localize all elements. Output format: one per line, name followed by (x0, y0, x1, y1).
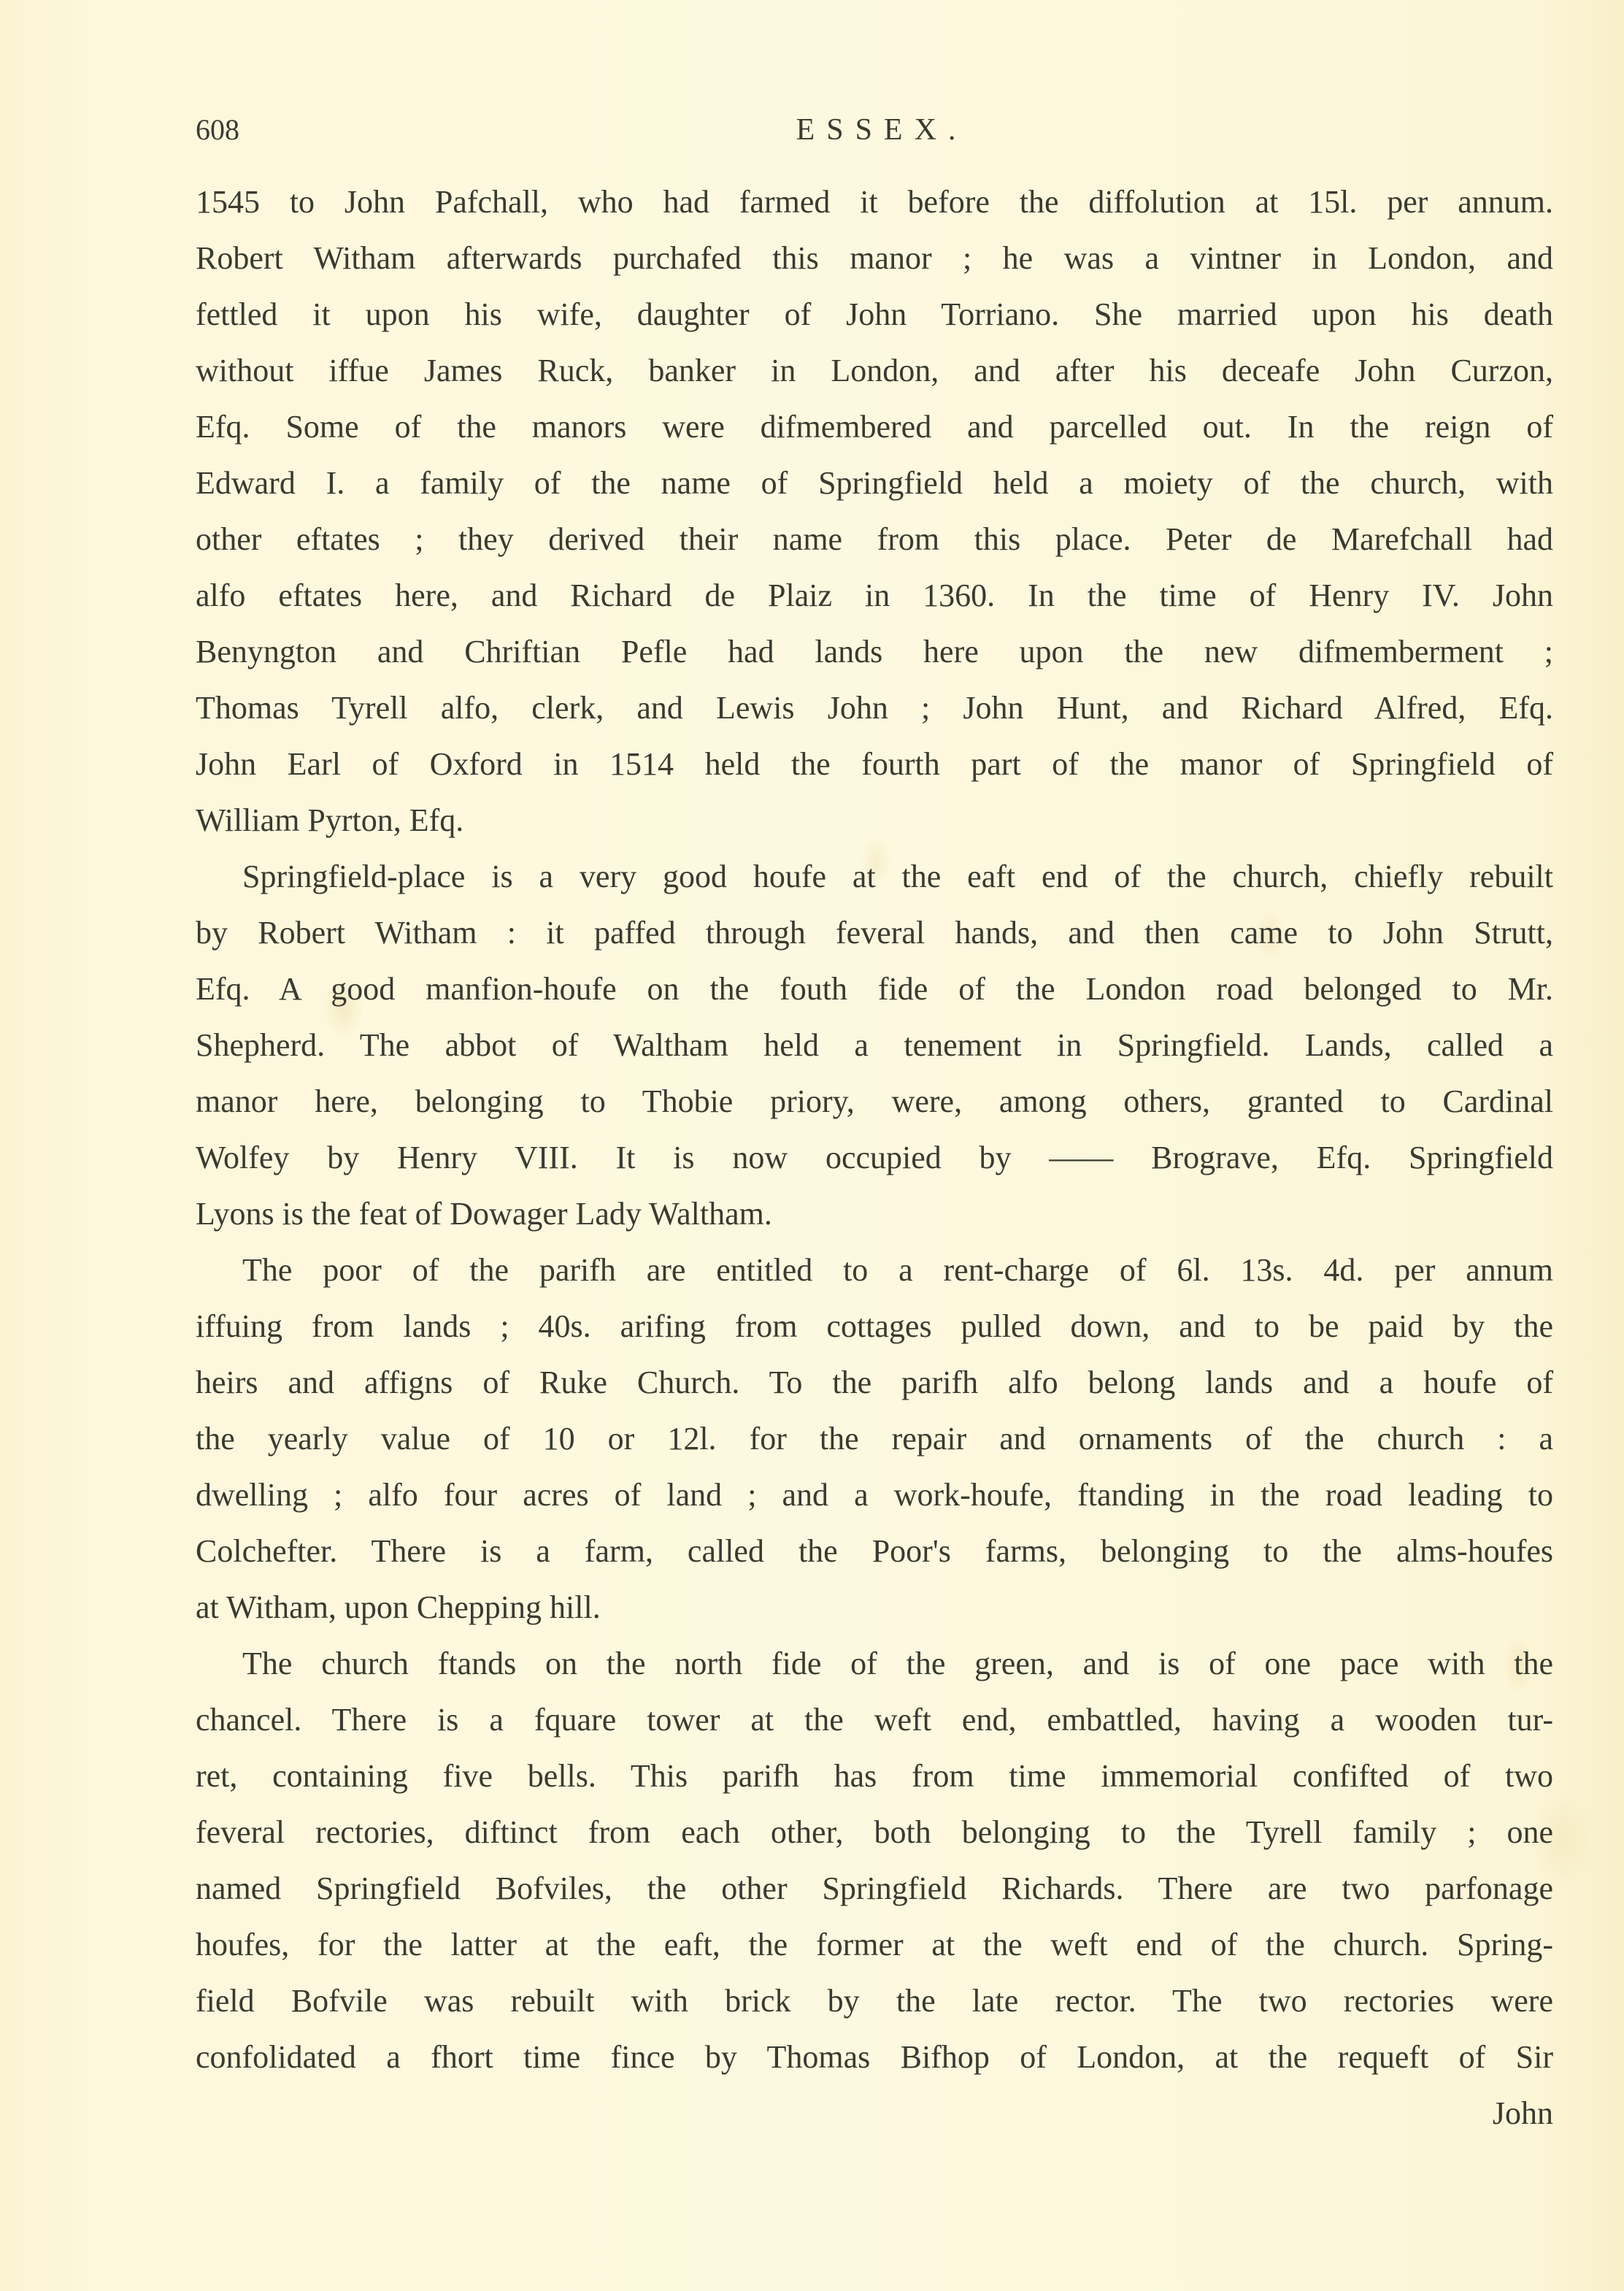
text-line: manor here, belonging to Thobie priory, … (196, 1073, 1553, 1129)
text-line: without iffue James Ruck, banker in Lond… (196, 342, 1553, 399)
text-line: fettled it upon his wife, daughter of Jo… (196, 286, 1553, 342)
text-line: Benyngton and Chriftian Pefle had lands … (196, 623, 1553, 680)
book-page: 608 ESSEX. 1545 to John Pafchall, who ha… (0, 0, 1624, 2291)
text-line: Wolfey by Henry VIII. It is now occupied… (196, 1129, 1553, 1186)
text-line: chancel. There is a fquare tower at the … (196, 1692, 1553, 1748)
paragraph-end-line: William Pyrton, Efq. (196, 792, 1553, 848)
paragraph-start-line: Springfield-place is a very good houfe a… (196, 848, 1553, 905)
text-line: heirs and affigns of Ruke Church. To the… (196, 1354, 1553, 1411)
text-line: Robert Witham afterwards purchafed this … (196, 230, 1553, 286)
page-number: 608 (196, 110, 239, 150)
text-line: John Earl of Oxford in 1514 held the fou… (196, 736, 1553, 792)
text-line: alfo eftates here, and Richard de Plaiz … (196, 567, 1553, 623)
text-line: houfes, for the latter at the eaft, the … (196, 1916, 1553, 1973)
running-head: ESSEX. (765, 110, 998, 150)
text-line: named Springfield Bofviles, the other Sp… (196, 1860, 1553, 1916)
text-line: Edward I. a family of the name of Spring… (196, 455, 1553, 511)
text-line: Colchefter. There is a farm, called the … (196, 1523, 1553, 1579)
text-line: Shepherd. The abbot of Waltham held a te… (196, 1017, 1553, 1073)
text-line: ret, containing five bells. This parifh … (196, 1748, 1553, 1804)
body-text: 1545 to John Pafchall, who had farmed it… (196, 174, 1553, 2141)
paragraph-start-line: The poor of the parifh are entitled to a… (196, 1242, 1553, 1298)
paragraph-end-line: Lyons is the feat of Dowager Lady Waltha… (196, 1186, 1553, 1242)
paragraph-start-line: The church ftands on the north fide of t… (196, 1635, 1553, 1692)
text-line: feveral rectories, diftinct from each ot… (196, 1804, 1553, 1860)
paragraph-end-line: at Witham, upon Chepping hill. (196, 1579, 1553, 1635)
text-line: 1545 to John Pafchall, who had farmed it… (196, 174, 1553, 230)
text-line: Efq. Some of the manors were difmembered… (196, 399, 1553, 455)
text-line: dwelling ; alfo four acres of land ; and… (196, 1467, 1553, 1523)
text-line: confolidated a fhort time fince by Thoma… (196, 2029, 1553, 2085)
text-line: Thomas Tyrell alfo, clerk, and Lewis Joh… (196, 680, 1553, 736)
text-line: other eftates ; they derived their name … (196, 511, 1553, 567)
text-line: by Robert Witham : it paffed through fev… (196, 905, 1553, 961)
text-line: iffuing from lands ; 40s. arifing from c… (196, 1298, 1553, 1354)
text-line: field Bofvile was rebuilt with brick by … (196, 1973, 1553, 2029)
catchword: John (196, 2085, 1553, 2141)
text-line: Efq. A good manfion-houfe on the fouth f… (196, 961, 1553, 1017)
page-header: 608 ESSEX. (196, 110, 1553, 153)
text-line: the yearly value of 10 or 12l. for the r… (196, 1411, 1553, 1467)
